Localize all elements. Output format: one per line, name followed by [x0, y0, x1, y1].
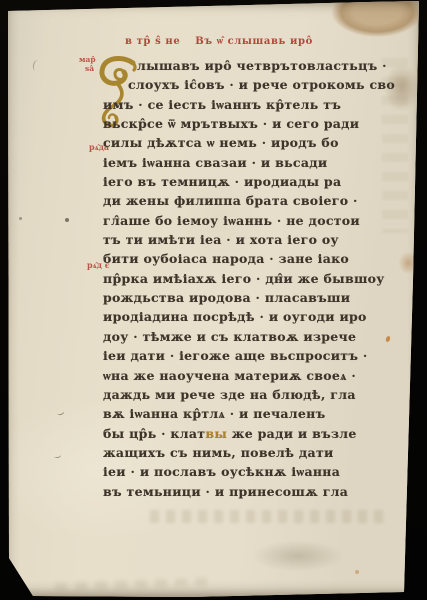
text-line: іемъ іѡанна свазаи · и вьсади — [103, 153, 404, 172]
text-line: іего въ темницѫ · иродиады ра — [103, 172, 404, 191]
ink-speck — [65, 218, 69, 222]
ink-speck — [19, 217, 22, 220]
text-line: іеи дати · іегоже аще вьспроситъ · — [103, 346, 404, 365]
text-line: вѫ іѡанна кр̂тлѧ · и печаленъ — [103, 404, 404, 423]
text-line: тъ ти имѣти іеа · и хота іего оу — [103, 230, 404, 249]
text-line: рождьства иродова · пласавъши — [103, 288, 404, 307]
text-line: доу · тѣмже и съ клатвоѫ изрече — [103, 327, 404, 346]
text-line-with-correction: бы цр̂ь · клатвы же ради и възле — [103, 424, 404, 443]
text-line: вьскр̂се ѿ мрътвыхъ · и сего ради — [103, 114, 404, 133]
rubric-incipit: Въ ѡ̂ слышавь иро̂ — [195, 36, 313, 47]
text-line: имъ · се іесть іѡаннъ кр̂тель тъ — [103, 95, 404, 114]
orange-fleck — [355, 570, 359, 574]
rubric-heading: в тр̂ ѕ̂ неВъ ѡ̂ слышавь иро̂ — [125, 36, 313, 47]
text-line: иродіадина посрѣдѣ · и оугоди иро — [103, 307, 404, 326]
pen-mark — [53, 451, 61, 459]
manuscript-photo: в тр̂ ѕ̂ неВъ ѡ̂ слышавь иро̂ мар̂ѕа̂ рѧ… — [0, 0, 427, 600]
corrected-letters: вы — [205, 426, 227, 441]
text-line: ди жены филиппа брата своіего · — [103, 191, 404, 210]
text-line: въ темьници · и принесошѫ гла — [103, 482, 404, 501]
showthrough-text-band — [55, 577, 215, 591]
text-line: даждь ми рече зде на блюдѣ, гла — [103, 385, 404, 404]
text-line: слоухъ іс̂овъ · и рече отрокомь сво — [103, 75, 404, 94]
text-line: іеи · и пославъ оусѣкнѫ іѡанна — [103, 462, 404, 481]
text-line: ѡна же наоучена материѫ своеѧ · — [103, 366, 404, 385]
pen-mark — [56, 408, 65, 416]
text-line: жащихъ съ нимь, повелѣ дати — [103, 443, 404, 462]
edge-mark — [32, 59, 41, 71]
showthrough-text-band — [150, 510, 388, 523]
rubric-lection-number: в тр̂ ѕ̂ не — [125, 36, 180, 47]
text-line: лышавъ иро̂ четврътовластьцъ · — [103, 56, 404, 75]
text-line: пр̂рка имѣіахѫ іего · дн̂и же бывшоу — [103, 269, 404, 288]
text-column: лышавъ иро̂ четврътовластьцъ · слоухъ іс… — [103, 56, 404, 501]
manuscript-page: в тр̂ ѕ̂ неВъ ѡ̂ слышавь иро̂ мар̂ѕа̂ рѧ… — [0, 0, 427, 600]
text-line: гл̂аше бо іемоу іѡаннь · не достои — [103, 211, 404, 230]
text-line: бити оубоіаса народа · зане іако — [103, 249, 404, 268]
text-line: силы дѣѫтса ѡ немь · иродъ бо — [103, 133, 404, 152]
